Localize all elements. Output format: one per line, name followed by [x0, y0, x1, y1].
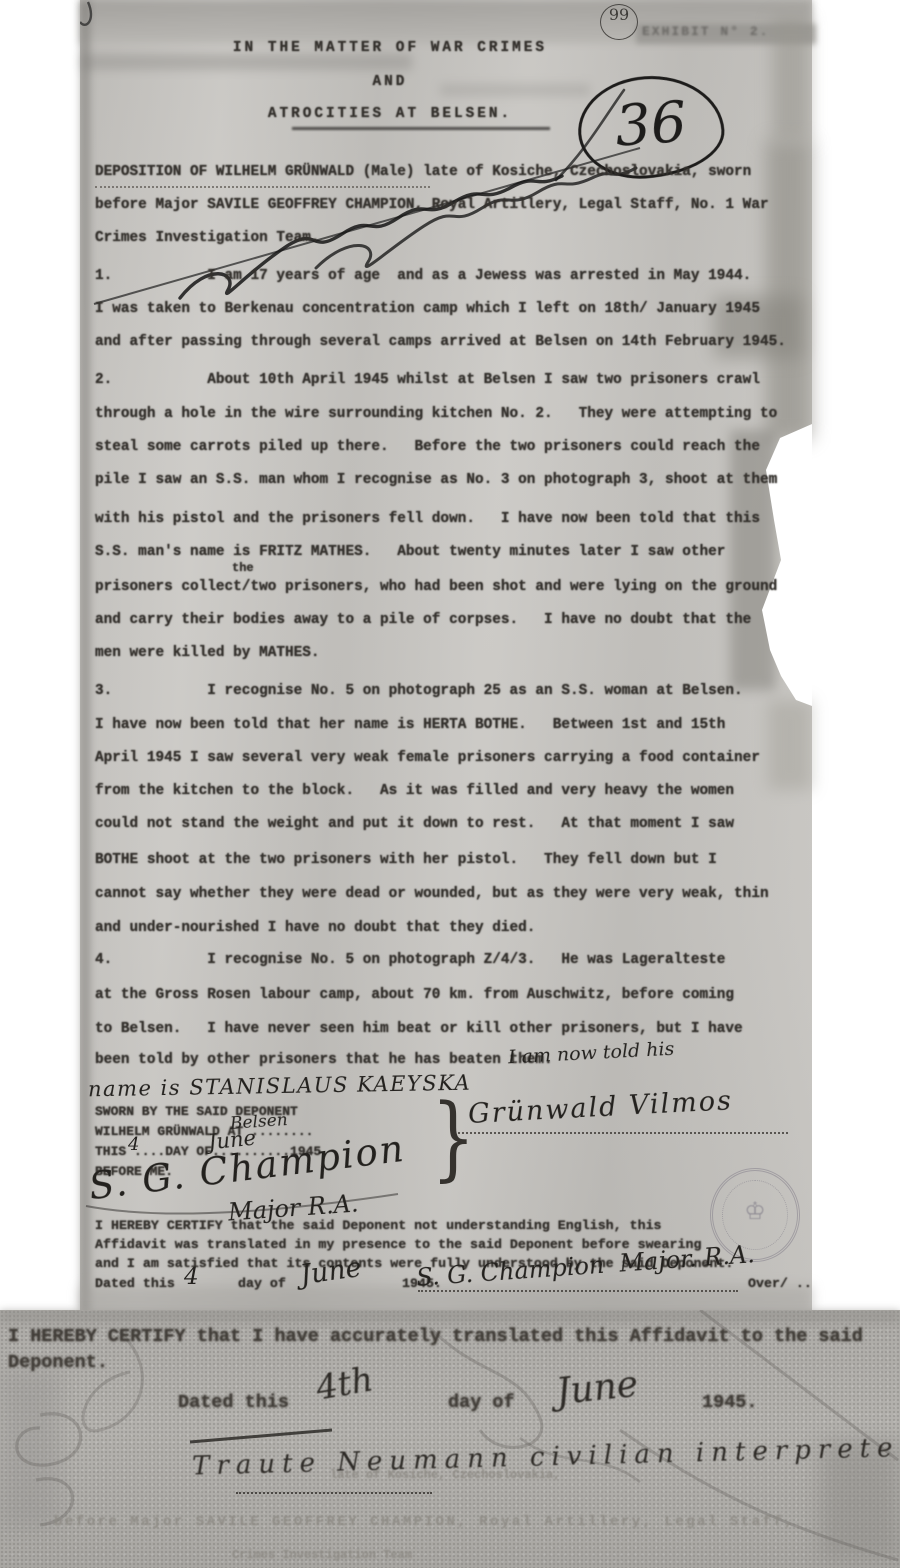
torn-edge-shadow: [730, 430, 776, 690]
paragraph-line: steal some carrots piled up there. Befor…: [95, 439, 760, 455]
intro-line: Crimes Investigation Team.: [95, 230, 320, 246]
paragraph-line: pile I saw an S.S. man whom I recognise …: [95, 472, 777, 488]
header-line-1: IN THE MATTER OF WAR CRIMES: [110, 40, 670, 56]
paragraph-line: S.S. man's name is FRITZ MATHES. About t…: [95, 544, 725, 560]
dated-middle: day of: [448, 1392, 515, 1413]
paragraph-line: 4. I recognise No. 5 on photograph Z/4/3…: [95, 952, 725, 968]
dated-year: 1945.: [702, 1392, 758, 1413]
interpreter-certificate-strip: late of Kosiche, Czechoslovakia, before …: [0, 1310, 900, 1568]
right-edge-shadow: [772, 16, 810, 140]
header-line-3: ATROCITIES AT BELSEN.: [110, 106, 670, 122]
intro-line: before Major SAVILE GEOFFREY CHAMPION, R…: [95, 197, 769, 213]
header-line-2: AND: [110, 74, 670, 90]
paragraph-line: I have now been told that her name is HE…: [95, 717, 725, 733]
paragraph-line: cannot say whether they were dead or wou…: [95, 886, 769, 902]
right-edge-shadow: [766, 140, 812, 440]
page-number: 99: [609, 5, 629, 24]
certificate-line: I HEREBY CERTIFY that I have accurately …: [8, 1326, 863, 1347]
dated-prefix: Dated this: [178, 1392, 289, 1413]
paragraph-line: could not stand the weight and put it do…: [95, 816, 734, 832]
smudge: [82, 54, 412, 70]
handwritten-day: 4: [128, 1134, 139, 1155]
handwritten-month: June: [554, 1364, 640, 1413]
faint-scribble: [17, 1414, 81, 1525]
handwritten-note: I am now told his: [508, 1038, 675, 1069]
inserted-word: the: [232, 561, 254, 575]
paragraph-line: to Belsen. I have never seen him beat or…: [95, 1021, 743, 1037]
header-underline: [292, 127, 550, 130]
signature-dotted-line: [458, 1132, 788, 1134]
paragraph-line: and carry their bodies away to a pile of…: [95, 612, 751, 628]
left-edge-shadow: [80, 0, 90, 1312]
crown-icon: ♔: [744, 1197, 766, 1226]
handwritten-day: 4: [184, 1264, 199, 1290]
exhibit-number: 36: [613, 90, 689, 160]
handwriting-scrawl: [316, 168, 636, 268]
bleed-through-line: before Major SAVILE GEOFFREY CHAMPION, R…: [54, 1514, 795, 1530]
deposition-page-photo: ♔ 99 EXHIBIT N° 2. 36 IN THE MATTER OF W…: [80, 0, 812, 1312]
paragraph-line: 1. I am 17 years of age and as a Jewess …: [95, 268, 751, 284]
circled-page-number: 99: [600, 4, 638, 40]
intro-line: DEPOSITION OF WILHELM GRÜNWALD (Male) la…: [95, 164, 751, 180]
signature-dotted-line: [418, 1290, 738, 1292]
bleed-through-line: Crimes Investigation Team: [232, 1548, 412, 1562]
paragraph-line: from the kitchen to the block. As it was…: [95, 783, 734, 799]
paragraph-line: been told by other prisoners that he has…: [95, 1052, 553, 1068]
torn-paper-notch: [762, 424, 812, 706]
paragraph-line: 3. I recognise No. 5 on photograph 25 as…: [95, 683, 743, 699]
paragraph-line: with his pistol and the prisoners fell d…: [95, 511, 760, 527]
right-edge-shadow: [768, 700, 812, 790]
intro-dotted-underline: [95, 186, 430, 188]
paragraph-line: and after passing through several camps …: [95, 334, 786, 350]
paragraph-line: through a hole in the wire surrounding k…: [95, 406, 777, 422]
paragraph-line: April 1945 I saw several very weak femal…: [95, 750, 760, 766]
over-note: Over/ ..: [748, 1276, 812, 1291]
certificate-line: Deponent.: [8, 1352, 108, 1373]
dated-middle: day of: [238, 1276, 286, 1291]
pencil-mark: [80, 2, 91, 25]
paragraph-line: I was taken to Berkenau concentration ca…: [95, 301, 760, 317]
paragraph-line: BOTHE shoot at the two prisoners with he…: [95, 852, 717, 868]
handwritten-day: 4th: [313, 1359, 376, 1408]
paragraph-line: at the Gross Rosen labour camp, about 70…: [95, 987, 734, 1003]
exhibit-stamp: EXHIBIT N° 2.: [642, 24, 769, 39]
signature-t-bar: [190, 1430, 332, 1442]
paragraph-line: prisoners collect/two prisoners, who had…: [95, 579, 777, 595]
smudge: [0, 1370, 60, 1530]
exhibit-stamp-text: EXHIBIT N° 2.: [642, 24, 769, 39]
paragraph-line: 2. About 10th April 1945 whilst at Belse…: [95, 372, 760, 388]
dated-prefix: Dated this: [95, 1276, 175, 1291]
signature-dotted-line: [236, 1492, 432, 1494]
smudge: [0, 1310, 900, 1322]
certificate-line: I HEREBY CERTIFY that the said Deponent …: [95, 1218, 662, 1233]
handwritten-note: name is STANISLAUS KAEYSKA: [88, 1071, 472, 1102]
deponent-signature: Grünwald Vilmos: [467, 1085, 733, 1130]
paragraph-line: and under-nourished I have no doubt that…: [95, 920, 535, 936]
paragraph-line: men were killed by MATHES.: [95, 645, 320, 661]
